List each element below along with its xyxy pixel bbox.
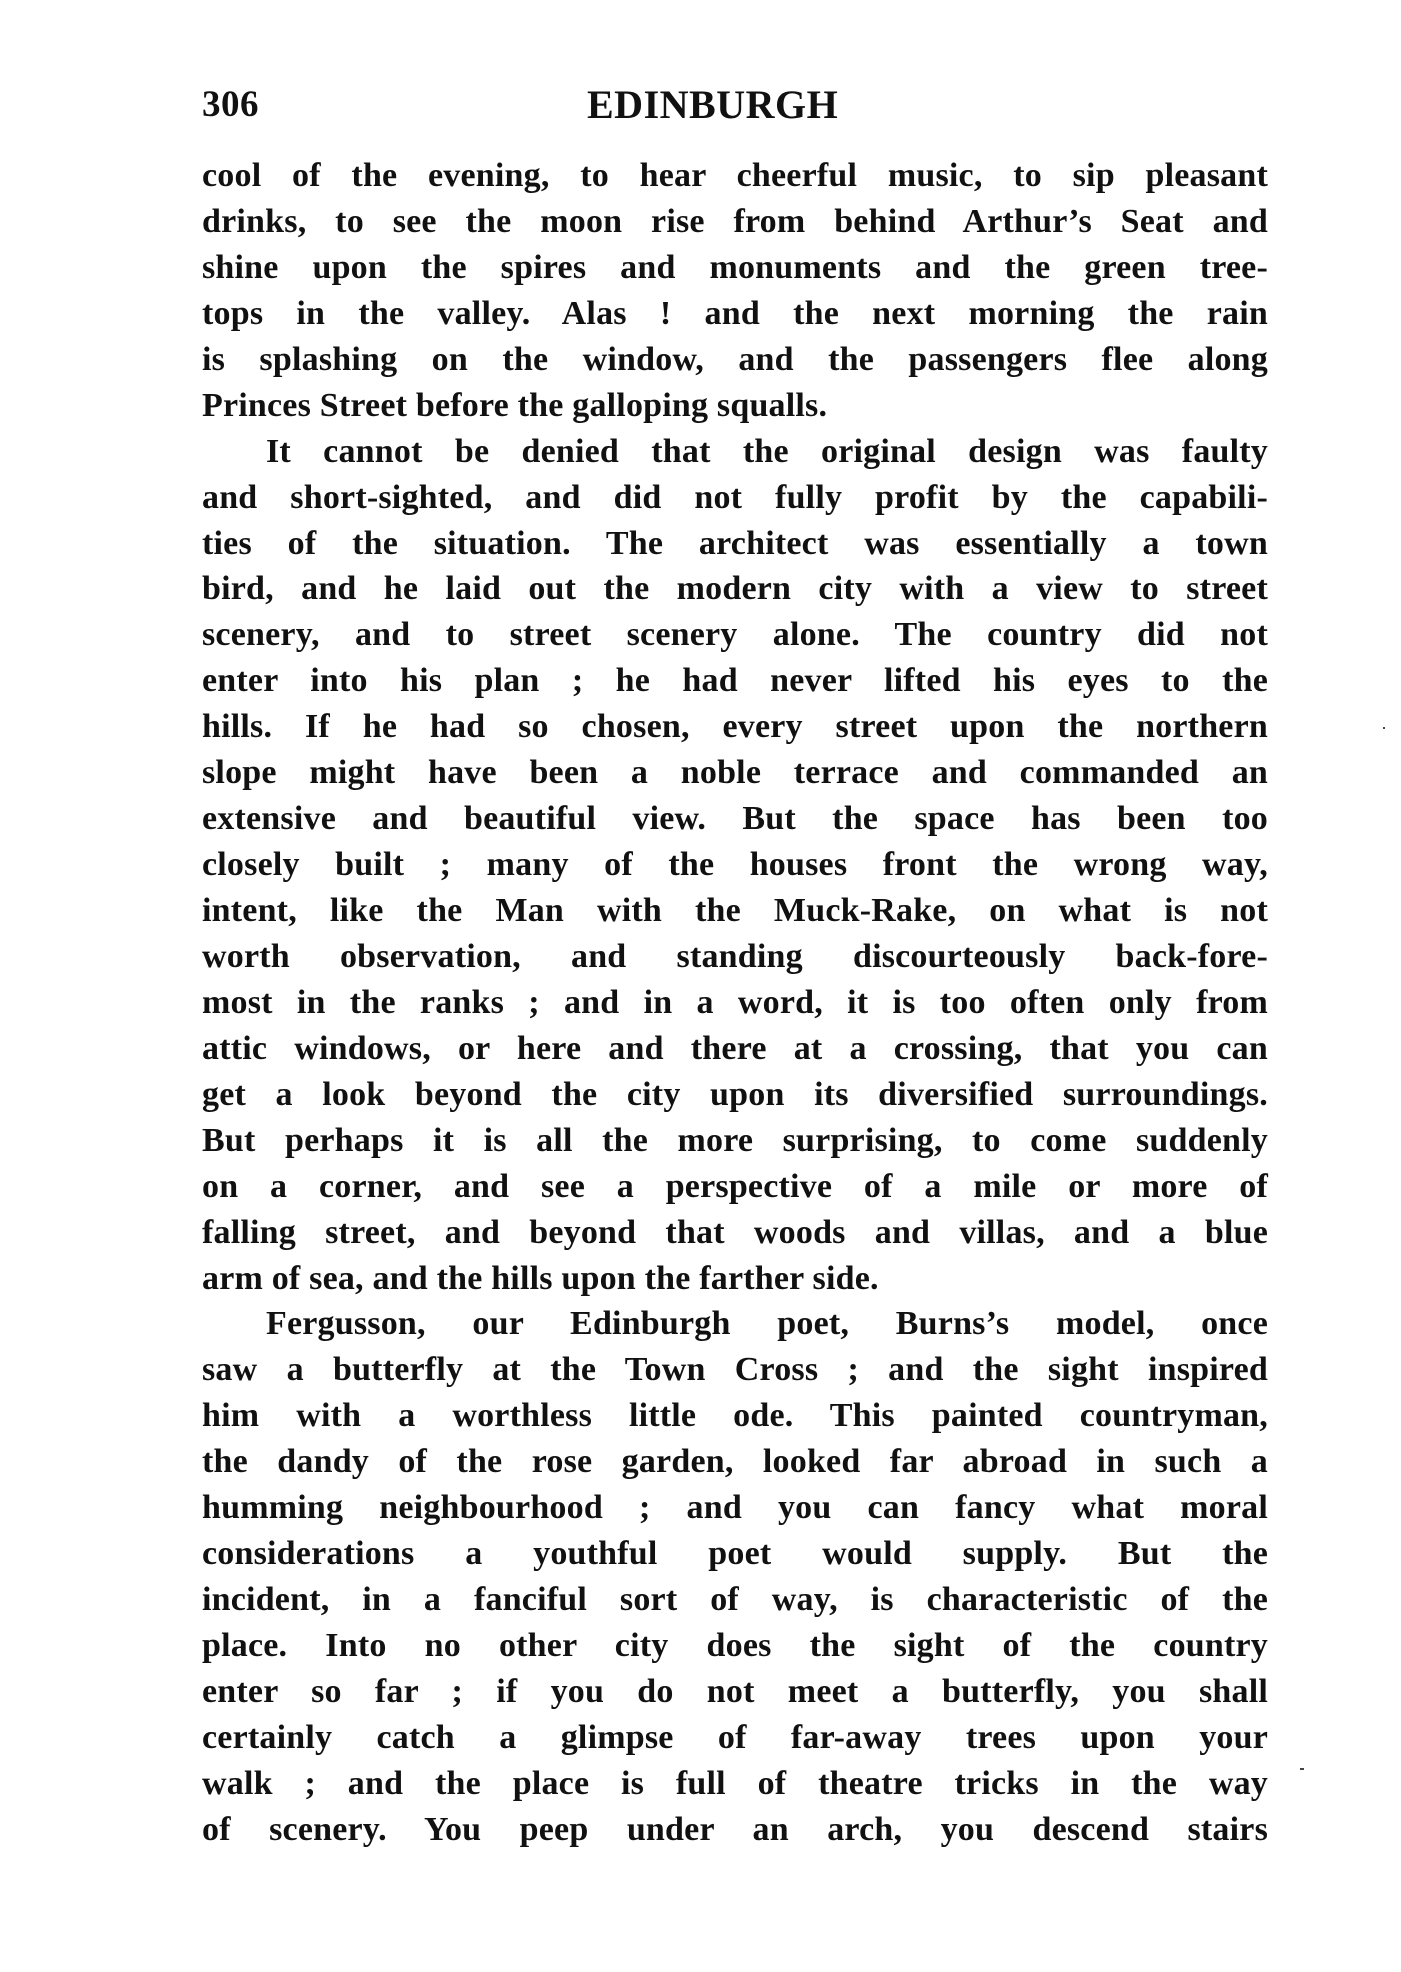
text-line: closely built ; many of the houses front…	[202, 842, 1268, 888]
text-line: enter so far ; if you do not meet a butt…	[202, 1669, 1268, 1715]
page-header: 306 EDINBURGH	[202, 82, 1268, 128]
text-line: But perhaps it is all the more surprisin…	[202, 1118, 1268, 1164]
text-line: extensive and beautiful view. But the sp…	[202, 796, 1268, 842]
text-line: walk ; and the place is full of theatre …	[202, 1761, 1268, 1807]
text-line: shine upon the spires and monuments and …	[202, 245, 1268, 291]
text-line: get a look beyond the city upon its dive…	[202, 1072, 1268, 1118]
text-line: most in the ranks ; and in a word, it is…	[202, 980, 1268, 1026]
text-line: It cannot be denied that the original de…	[202, 429, 1268, 475]
text-line: him with a worthless little ode. This pa…	[202, 1393, 1268, 1439]
text-line: Fergusson, our Edinburgh poet, Burns’s m…	[202, 1301, 1268, 1347]
text-line: falling street, and beyond that woods an…	[202, 1210, 1268, 1256]
body-text: cool of the evening, to hear cheerful mu…	[202, 153, 1268, 1853]
text-line: arm of sea, and the hills upon the farth…	[202, 1256, 1268, 1302]
text-line: Princes Street before the galloping squa…	[202, 383, 1268, 429]
text-line: humming neighbourhood ; and you can fanc…	[202, 1485, 1268, 1531]
text-line: and short-sighted, and did not fully pro…	[202, 475, 1268, 521]
text-line: drinks, to see the moon rise from behind…	[202, 199, 1268, 245]
text-line: attic windows, or here and there at a cr…	[202, 1026, 1268, 1072]
text-line: of scenery. You peep under an arch, you …	[202, 1807, 1268, 1853]
running-head: EDINBURGH	[587, 82, 838, 128]
text-line: place. Into no other city does the sight…	[202, 1623, 1268, 1669]
text-line: certainly catch a glimpse of far-away tr…	[202, 1715, 1268, 1761]
text-line: incident, in a fanciful sort of way, is …	[202, 1577, 1268, 1623]
text-line: enter into his plan ; he had never lifte…	[202, 658, 1268, 704]
text-line: slope might have been a noble terrace an…	[202, 750, 1268, 796]
text-line: intent, like the Man with the Muck-Rake,…	[202, 888, 1268, 934]
text-line: on a corner, and see a perspective of a …	[202, 1164, 1268, 1210]
text-line: tops in the valley. Alas ! and the next …	[202, 291, 1268, 337]
text-line: scenery, and to street scenery alone. Th…	[202, 612, 1268, 658]
text-line: considerations a youthful poet would sup…	[202, 1531, 1268, 1577]
text-line: saw a butterfly at the Town Cross ; and …	[202, 1347, 1268, 1393]
text-line: bird, and he laid out the modern city wi…	[202, 566, 1268, 612]
text-line: worth observation, and standing discourt…	[202, 934, 1268, 980]
scan-speck	[1300, 1768, 1304, 1770]
page-number: 306	[202, 82, 259, 128]
text-line: the dandy of the rose garden, looked far…	[202, 1439, 1268, 1485]
text-line: is splashing on the window, and the pass…	[202, 337, 1268, 383]
text-line: cool of the evening, to hear cheerful mu…	[202, 153, 1268, 199]
text-line: ties of the situation. The architect was…	[202, 521, 1268, 567]
text-line: hills. If he had so chosen, every street…	[202, 704, 1268, 750]
scan-speck	[1383, 727, 1385, 729]
